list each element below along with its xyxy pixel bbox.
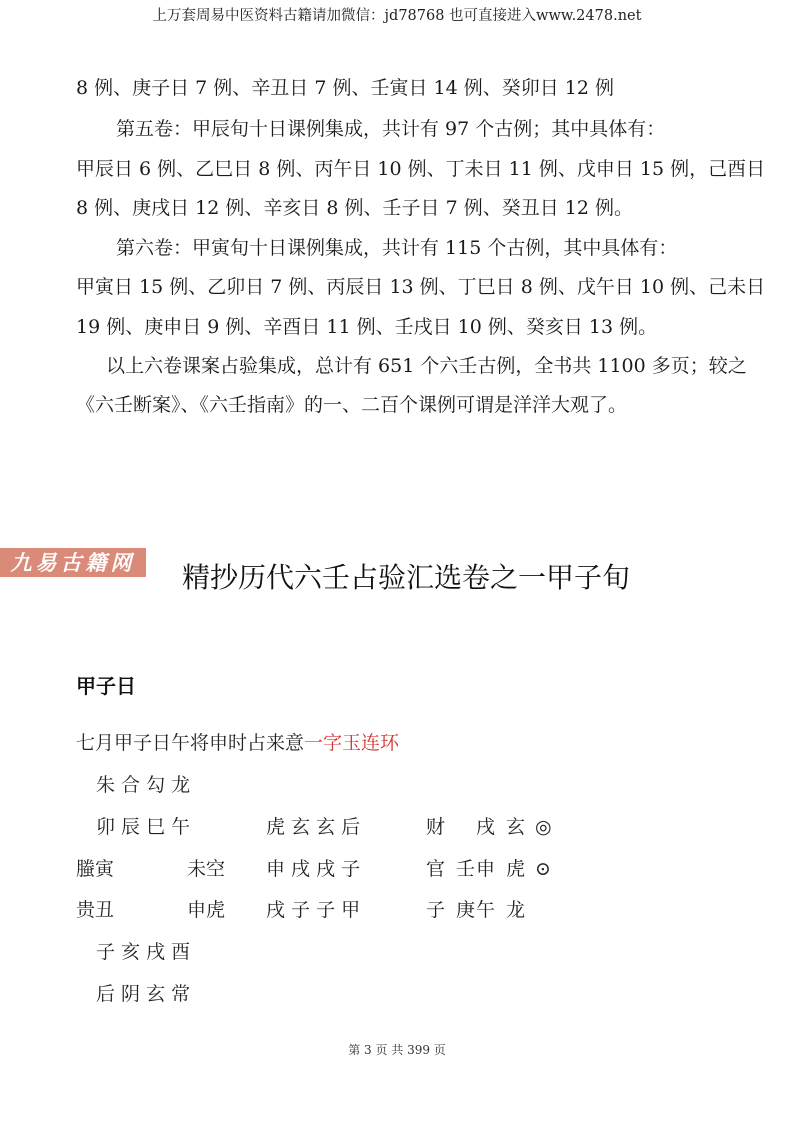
case-title: 七月甲子日午将申时占来意一字玉连环 bbox=[76, 731, 399, 755]
intro-line: 8 例、庚子日 7 例、辛丑日 7 例、壬寅日 14 例、癸卯日 12 例 bbox=[76, 76, 614, 100]
section-title: 精抄历代六壬占验汇选卷之一甲子旬 bbox=[182, 560, 630, 596]
transmission-relation: 财 bbox=[426, 815, 445, 839]
page-number: 第 3 页 共 399 页 bbox=[0, 1041, 794, 1058]
intro-line: 《六壬断案》、《六壬指南》的一、二百个课例可谓是洋洋大观了。 bbox=[76, 393, 627, 417]
plate-left-2: 贵丑 bbox=[76, 898, 114, 922]
transmission-branch: 戌 bbox=[476, 815, 495, 839]
lessons-row-2: 申 戌 戌 子 bbox=[266, 857, 360, 881]
transmission-general: 虎 bbox=[506, 857, 525, 881]
dot-circle-mark-icon: ⊙ bbox=[535, 857, 551, 881]
plate-right-1: 未空 bbox=[187, 857, 225, 881]
intro-line: 甲寅日 15 例、乙卯日 7 例、丙辰日 13 例、丁巳日 8 例、戊午日 10… bbox=[76, 275, 765, 299]
plate-right-2: 申虎 bbox=[187, 898, 225, 922]
lessons-row-1: 虎 玄 玄 后 bbox=[266, 815, 360, 839]
double-circle-mark-icon: ◎ bbox=[535, 815, 552, 839]
case-title-highlight: 一字玉连环 bbox=[304, 732, 399, 754]
plate-bottom-branches: 子 亥 戌 酉 bbox=[96, 940, 190, 964]
transmission-stem: 壬 bbox=[456, 857, 475, 881]
intro-line: 甲辰日 6 例、乙巳日 8 例、丙午日 10 例、丁未日 11 例、戊申日 15… bbox=[76, 157, 765, 181]
transmission-stem: 庚 bbox=[456, 898, 475, 922]
plate-bottom-generals: 后 阴 玄 常 bbox=[96, 982, 190, 1006]
day-heading: 甲子日 bbox=[76, 670, 136, 699]
plate-top-branches: 卯 辰 巳 午 bbox=[96, 815, 190, 839]
transmission-general: 龙 bbox=[506, 898, 525, 922]
intro-line: 8 例、庚戌日 12 例、辛亥日 8 例、壬子日 7 例、癸丑日 12 例。 bbox=[76, 196, 633, 220]
case-title-text: 七月甲子日午将申时占来意 bbox=[76, 732, 304, 754]
plate-left-1: 螣寅 bbox=[76, 857, 114, 881]
intro-line: 第六卷：甲寅旬十日课例集成，共计有 115 个古例，其中具体有： bbox=[116, 236, 677, 260]
transmission-relation: 官 bbox=[426, 857, 445, 881]
transmission-relation: 子 bbox=[426, 898, 445, 922]
plate-top-generals: 朱 合 勾 龙 bbox=[96, 773, 190, 797]
header-banner: 上万套周易中医资料古籍请加微信：jd78768 也可直接进入www.2478.n… bbox=[0, 4, 794, 25]
intro-line: 第五卷：甲辰旬十日课例集成，共计有 97 个古例；其中具体有： bbox=[116, 117, 665, 141]
lessons-row-3: 戌 子 子 甲 bbox=[266, 898, 360, 922]
transmission-branch: 申 bbox=[476, 857, 495, 881]
transmission-branch: 午 bbox=[476, 898, 495, 922]
site-logo: 九易古籍网 bbox=[0, 548, 146, 577]
intro-line: 以上六卷课案占验集成，总计有 651 个六壬古例，全书共 1100 多页；较之 bbox=[106, 354, 747, 378]
intro-line: 19 例、庚申日 9 例、辛酉日 11 例、壬戌日 10 例、癸亥日 13 例。 bbox=[76, 315, 657, 339]
transmission-general: 玄 bbox=[506, 815, 525, 839]
